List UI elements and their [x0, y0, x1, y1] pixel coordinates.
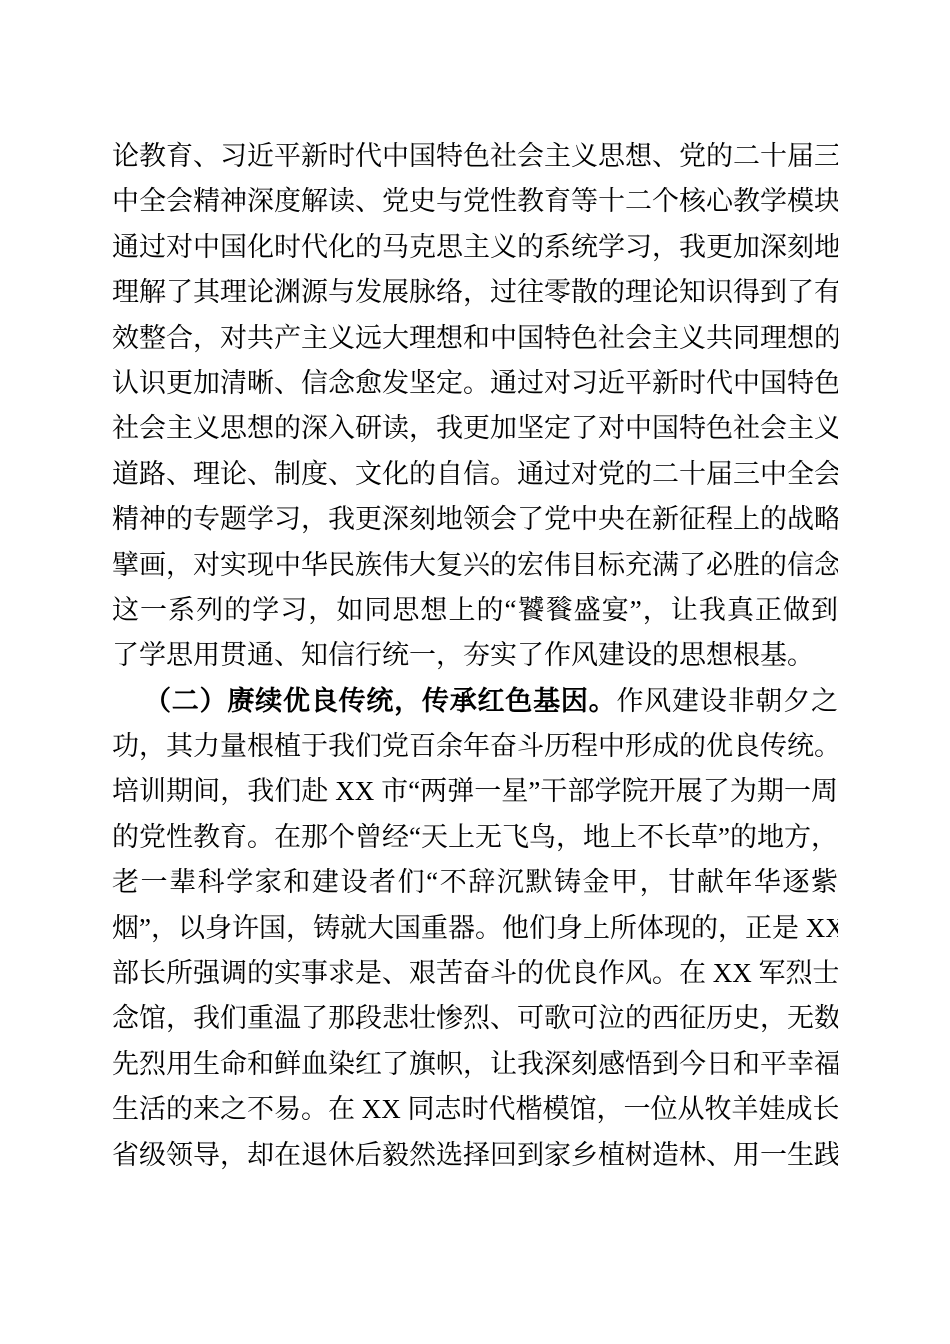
body-text: 通过对中国化时代化的马克思主义的系统学习，我更加深刻地 [112, 232, 838, 262]
text-line: 效整合，对共产主义远大理想和中国特色社会主义共同理想的 [112, 316, 838, 361]
body-text: 效整合，对共产主义远大理想和中国特色社会主义共同理想的 [112, 323, 838, 353]
text-line: 功，其力量根植于我们党百余年奋斗历程中形成的优良传统。 [112, 724, 838, 769]
body-text: 培训期间，我们赴 XX 市“两弹一星”干部学院开展了为期一周 [112, 776, 838, 806]
body-text: 省级领导，却在退休后毅然选择回到家乡植树造林、用一生践 [112, 1140, 838, 1170]
body-text: 先烈用生命和鲜血染红了旗帜，让我深刻感悟到今日和平幸福 [112, 1049, 838, 1079]
text-line: 老一辈科学家和建设者们“不辞沉默铸金甲，甘献年华逐紫 [112, 860, 838, 905]
body-text: 老一辈科学家和建设者们“不辞沉默铸金甲，甘献年华逐紫 [112, 867, 838, 897]
body-text: 理解了其理论渊源与发展脉络，过往零散的理论知识得到了有 [112, 277, 838, 307]
text-line: 通过对中国化时代化的马克思主义的系统学习，我更加深刻地 [112, 225, 838, 270]
body-text: 论教育、习近平新时代中国特色社会主义思想、党的二十届三 [112, 141, 838, 171]
body-text: 认识更加清晰、信念愈发坚定。通过对习近平新时代中国特色 [112, 368, 838, 398]
text-line: 的党性教育。在那个曾经“天上无飞鸟，地上不长草”的地方， [112, 815, 838, 860]
text-line: 认识更加清晰、信念愈发坚定。通过对习近平新时代中国特色 [112, 361, 838, 406]
document-body: 论教育、习近平新时代中国特色社会主义思想、党的二十届三中全会精神深度解读、党史与… [112, 134, 838, 1178]
body-text: 的党性教育。在那个曾经“天上无飞鸟，地上不长草”的地方， [112, 822, 838, 852]
text-line: 擘画，对实现中华民族伟大复兴的宏伟目标充满了必胜的信念。 [112, 543, 838, 588]
body-text: 了学思用贯通、知信行统一，夯实了作风建设的思想根基。 [112, 640, 814, 670]
text-line: 这一系列的学习，如同思想上的“饕餮盛宴”，让我真正做到 [112, 588, 838, 633]
text-line: 烟”，以身许国，铸就大国重器。他们身上所体现的，正是 XX [112, 906, 838, 951]
body-text: 生活的来之不易。在 XX 同志时代楷模馆，一位从牧羊娃成长为 [112, 1094, 838, 1124]
body-text: 烟”，以身许国，铸就大国重器。他们身上所体现的，正是 XX [112, 913, 838, 943]
text-line: 理解了其理论渊源与发展脉络，过往零散的理论知识得到了有 [112, 270, 838, 315]
body-text: 这一系列的学习，如同思想上的“饕餮盛宴”，让我真正做到 [112, 595, 838, 625]
text-line: （二）赓续优良传统，传承红色基因。作风建设非朝夕之 [112, 679, 838, 724]
body-text: 道路、理论、制度、文化的自信。通过对党的二十届三中全会 [112, 459, 838, 489]
text-line: 培训期间，我们赴 XX 市“两弹一星”干部学院开展了为期一周 [112, 769, 838, 814]
text-line: 论教育、习近平新时代中国特色社会主义思想、党的二十届三 [112, 134, 838, 179]
text-line: 生活的来之不易。在 XX 同志时代楷模馆，一位从牧羊娃成长为 [112, 1087, 838, 1132]
body-text: 作风建设非朝夕之 [616, 686, 838, 716]
body-text: 部长所强调的实事求是、艰苦奋斗的优良作风。在 XX 军烈士纪 [112, 958, 838, 988]
body-text: 念馆，我们重温了那段悲壮惨烈、可歌可泣的西征历史，无数 [112, 1003, 838, 1033]
text-line: 省级领导，却在退休后毅然选择回到家乡植树造林、用一生践 [112, 1133, 838, 1178]
body-text: 中全会精神深度解读、党史与党性教育等十二个核心教学模块。 [112, 186, 838, 216]
text-line: 了学思用贯通、知信行统一，夯实了作风建设的思想根基。 [112, 633, 838, 678]
text-line: 社会主义思想的深入研读，我更加坚定了对中国特色社会主义 [112, 406, 838, 451]
text-line: 念馆，我们重温了那段悲壮惨烈、可歌可泣的西征历史，无数 [112, 996, 838, 1041]
body-text: 功，其力量根植于我们党百余年奋斗历程中形成的优良传统。 [112, 731, 838, 761]
body-text: 精神的专题学习，我更深刻地领会了党中央在新征程上的战略 [112, 504, 838, 534]
text-line: 精神的专题学习，我更深刻地领会了党中央在新征程上的战略 [112, 497, 838, 542]
body-text: 社会主义思想的深入研读，我更加坚定了对中国特色社会主义 [112, 413, 838, 443]
text-line: 道路、理论、制度、文化的自信。通过对党的二十届三中全会 [112, 452, 838, 497]
body-text: 擘画，对实现中华民族伟大复兴的宏伟目标充满了必胜的信念。 [112, 550, 838, 580]
text-line: 先烈用生命和鲜血染红了旗帜，让我深刻感悟到今日和平幸福 [112, 1042, 838, 1087]
document-page: 论教育、习近平新时代中国特色社会主义思想、党的二十届三中全会精神深度解读、党史与… [0, 0, 950, 1344]
text-line: 部长所强调的实事求是、艰苦奋斗的优良作风。在 XX 军烈士纪 [112, 951, 838, 996]
section-heading-text: （二）赓续优良传统，传承红色基因。 [144, 686, 616, 716]
text-line: 中全会精神深度解读、党史与党性教育等十二个核心教学模块。 [112, 179, 838, 224]
